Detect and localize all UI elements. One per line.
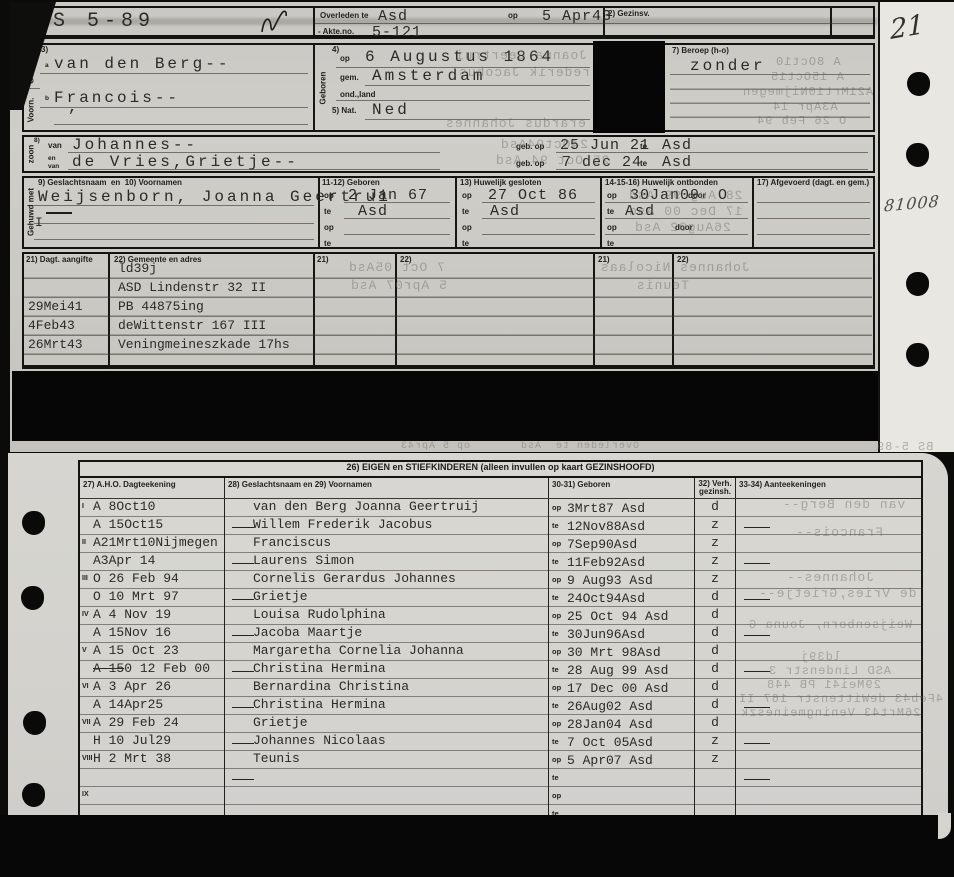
birth-prefix-label: op — [552, 611, 567, 620]
birth-prefix-label: op — [552, 539, 567, 548]
reference-number: BS 5-89 — [36, 10, 155, 33]
father-geb-label: geb. op — [516, 142, 544, 151]
child-name: Louisa Rudolphina — [253, 607, 548, 623]
child-relation: d — [694, 589, 735, 607]
removed-header: 17) Afgevoerd (dagt. en gem.) — [757, 178, 869, 187]
divorce-te2: te — [607, 239, 614, 248]
birth-prefix-label: op — [552, 683, 567, 692]
gezinsv-label: 2) Gezinsv. — [608, 9, 650, 18]
child-row: VII A 29 Feb 24 Grietje op28Jan04 Asd d — [80, 714, 921, 732]
born-rotated-label: Geboren — [319, 72, 328, 105]
child-row: VI A 3 Apr 26 Bernardina Christina op17 … — [80, 678, 921, 696]
child-birthdate: 25 Oct 94 Asd — [567, 609, 668, 624]
scanned-archive-card-page: BS 5-89 Overleden te Asd op 5 Apr43 - Ak… — [0, 0, 954, 877]
top-card: BS 5-89 Overleden te Asd op 5 Apr43 - Ak… — [10, 2, 952, 452]
child-name: Willem Frederik Jacobus — [253, 517, 548, 533]
divorce-op: op — [607, 191, 617, 200]
firstname-rotated-label: Voorn. — [27, 98, 36, 123]
children-table-title: 26) EIGEN en STIEFKINDEREN (alleen invul… — [80, 462, 921, 478]
child-birthdate: 9 Aug93 Asd — [567, 573, 653, 588]
registration-row: 29Mei41 PB 44875ing — [24, 298, 872, 317]
note-dash — [744, 779, 770, 780]
birth-prefix-label: te — [552, 593, 567, 602]
row-roman-numeral: III — [82, 575, 88, 582]
row-roman-numeral: V — [82, 647, 87, 654]
child-name: Cornelis Gerardus Johannes — [253, 571, 548, 587]
birth-prefix-label: te — [552, 773, 567, 782]
child-row: A-150 12 Feb 00 Christina Hermina te28 A… — [80, 660, 921, 678]
child-row: O 10 Mrt 97 Grietje te24Oct94Asd d — [80, 588, 921, 606]
col-geboren: 30-31) Geboren — [548, 478, 694, 498]
birth-prefix-label: op — [552, 755, 567, 764]
child-row: V A 15 Oct 23 Margaretha Cornelia Johann… — [80, 642, 921, 660]
ditto-mark — [232, 707, 254, 708]
punch-hole — [906, 272, 929, 296]
child-row: III O 26 Feb 94 Cornelis Gerardus Johann… — [80, 570, 921, 588]
birth-prefix-label: op — [552, 503, 567, 512]
card-right-margin — [878, 2, 954, 452]
punch-hole — [21, 586, 44, 610]
child-dagteekening: A 15 Oct 23 — [93, 643, 224, 659]
marriage-te2: te — [462, 239, 469, 248]
child-row: A 15Nov 16 Jacoba Maartje te30Jun96Asd d — [80, 624, 921, 642]
child-birthdate: 28 Aug 99 Asd — [567, 663, 668, 678]
birth-prefix-label: op — [552, 791, 567, 800]
children-rows: I A 8Oct10 van den Berg Joanna Geertruij… — [80, 499, 921, 822]
spouse-born-op2: op — [324, 223, 334, 232]
child-row: A3Apr 14 Laurens Simon te11Feb92Asd z — [80, 552, 921, 570]
child-row: I A 8Oct10 van den Berg Joanna Geertruij… — [80, 499, 921, 516]
punch-hole — [23, 711, 46, 735]
child-row: A 15Oct15 Willem Frederik Jacobus te12No… — [80, 516, 921, 534]
child-birthdate: 5 Apr07 Asd — [567, 753, 653, 768]
punch-hole — [906, 143, 929, 167]
child-name: Christina Hermina — [253, 697, 548, 713]
death-date-label: op — [508, 11, 518, 20]
section8-number: 8) — [34, 137, 40, 144]
note-dash — [744, 635, 770, 636]
child-birthdate: 30 Mrt 98Asd — [567, 645, 661, 660]
punch-hole — [22, 511, 45, 535]
row-roman-numeral: VI — [82, 683, 89, 690]
child-name: Laurens Simon — [253, 553, 548, 569]
sub-b-label: b — [45, 95, 49, 102]
akte-label: - Akte.no. — [318, 27, 354, 36]
note-dash — [744, 743, 770, 744]
row-roman-numeral: II — [82, 539, 86, 546]
ditto-mark — [232, 599, 254, 600]
child-relation: d — [694, 679, 735, 697]
children-table: 26) EIGEN en STIEFKINDEREN (alleen invul… — [78, 460, 923, 824]
child-name: Christina Hermina — [253, 661, 548, 677]
ditto-mark — [232, 743, 254, 744]
ditto-mark — [232, 635, 254, 636]
note-dash — [744, 563, 770, 564]
ditto-mark — [232, 779, 254, 780]
child-dagteekening: A 8Oct10 — [93, 499, 224, 515]
row-roman-numeral: VIII — [82, 755, 93, 762]
children-table-header: 27) A.H.O. Dagteekening 28) Geslachtsnaa… — [80, 478, 921, 499]
child-birthdate: 24Oct94Asd — [567, 591, 645, 606]
child-dagteekening: A 29 Feb 24 — [93, 715, 224, 731]
child-relation — [694, 769, 735, 787]
col-aanteekeningen: 33-34) Aanteekeningen — [735, 478, 921, 498]
child-row: H 10 Jul29 Johannes Nicolaas te7 Oct 05A… — [80, 732, 921, 750]
handwritten-page-number: 21 — [890, 9, 925, 46]
child-relation — [694, 787, 735, 805]
birth-prefix-label: te — [552, 557, 567, 566]
row-roman-numeral: IX — [82, 791, 89, 798]
registration-date: 4Feb43 — [28, 318, 75, 333]
child-row: IV A 4 Nov 19 Louisa Rudolphina op25 Oct… — [80, 606, 921, 624]
divorce-door2: door — [675, 223, 693, 232]
son-rotated-label: zoon — [27, 145, 36, 164]
spouse-born-op: op — [324, 191, 334, 200]
spouse-born-te2: te — [324, 239, 331, 248]
child-relation: d — [694, 661, 735, 679]
child-row: A 14Apr25 Christina Hermina te26Aug02 As… — [80, 696, 921, 714]
registration-row: 4Feb43 deWittenstr 167 III — [24, 317, 872, 336]
occupation-header: 7) Beroep (h-o) — [672, 46, 729, 55]
father-van-label: van — [48, 141, 62, 150]
child-dagteekening: A-150 12 Feb 00 — [93, 661, 224, 677]
marriage-te: te — [462, 207, 469, 216]
registration-address: ASD Lindenstr 32 II — [118, 280, 266, 295]
child-dagteekening: A 15Oct15 — [93, 517, 224, 533]
child-relation: z — [694, 517, 735, 535]
child-dagteekening: A 14Apr25 — [93, 697, 224, 713]
father-te-label: te — [640, 142, 647, 151]
child-name: Grietje — [253, 589, 548, 605]
child-dagteekening: H 2 Mrt 38 — [93, 751, 224, 767]
marriage-header: 13) Huwelijk gesloten — [460, 178, 541, 187]
col-dagteekening: 27) A.H.O. Dagteekening — [80, 478, 224, 498]
birth-prefix-label: te — [552, 665, 567, 674]
punch-hole — [906, 343, 929, 367]
child-row: te — [80, 768, 921, 786]
child-dagteekening: A 3 Apr 26 — [93, 679, 224, 695]
registration-date: 26Mrt43 — [28, 337, 83, 352]
row-roman-numeral: I — [82, 503, 84, 510]
child-name: Grietje — [253, 715, 548, 731]
child-birthdate: 26Aug02 Asd — [567, 699, 653, 714]
birth-date: 6 Augustus 1864 — [365, 48, 554, 66]
handwritten-mark — [258, 8, 292, 36]
marriage-op: op — [462, 191, 472, 200]
child-row: II A21Mrt10Nijmegen Franciscus op7Sep90A… — [80, 534, 921, 552]
birth-prefix-label: te — [552, 629, 567, 638]
registration-row: 26Mrt43 Veningmeineszkade 17hs — [24, 336, 872, 355]
nationality-value: Ned — [372, 101, 410, 119]
mother-geb-label: geb. op — [516, 159, 544, 168]
child-relation: z — [694, 733, 735, 751]
birth-prefix-label: op — [552, 719, 567, 728]
child-birthdate: 3Mrt87 Asd — [567, 501, 645, 516]
child-dagteekening: A 4 Nov 19 — [93, 607, 224, 623]
registration-address: deWittenstr 167 III — [118, 318, 266, 333]
child-name: Franciscus — [253, 535, 548, 551]
redaction-box — [593, 41, 665, 133]
child-relation: z — [694, 535, 735, 553]
registration-address: ld39j — [118, 261, 157, 276]
surname-value: van den Berg-- — [54, 55, 230, 73]
bottom-card: 26) EIGEN en STIEFKINDEREN (alleen invul… — [8, 453, 948, 815]
scanner-background — [0, 815, 954, 877]
ditto-mark — [232, 527, 254, 528]
child-relation: z — [694, 553, 735, 571]
child-dagteekening: A 15Nov 16 — [93, 625, 224, 641]
punch-hole — [22, 783, 45, 807]
birth-prefix-label: te — [552, 737, 567, 746]
divorce-op2: op — [607, 223, 617, 232]
child-relation: z — [694, 751, 735, 769]
child-birthdate: 7 Oct 05Asd — [567, 735, 653, 750]
birth-prefix-label: op — [552, 647, 567, 656]
child-dagteekening: A3Apr 14 — [93, 553, 224, 569]
birth-prefix-label: te — [552, 521, 567, 530]
occupation-value: zonder — [690, 57, 766, 75]
birth-country-label: ond.,land — [340, 90, 376, 99]
registration-rows: ld39j ASD Lindenstr 32 II 29Mei41 PB 448… — [24, 260, 872, 355]
marriage-op2: op — [462, 223, 472, 232]
divorce-te: te — [607, 207, 614, 216]
note-dash — [744, 671, 770, 672]
col-verhouding: 32) Verh.gezinsh. — [694, 478, 735, 498]
child-birthdate: 7Sep90Asd — [567, 537, 637, 552]
note-dash — [744, 599, 770, 600]
child-relation: z — [694, 571, 735, 589]
spouse-born-te: te — [324, 207, 331, 216]
col-names: 28) Geslachtsnaam en 29) Voornamen — [224, 478, 548, 498]
child-row: IX op — [80, 786, 921, 804]
child-name: Johannes Nicolaas — [253, 733, 548, 749]
row-roman-numeral: VII — [82, 719, 91, 726]
child-relation: d — [694, 697, 735, 715]
spouse-header: 9) Geslachtsnaam en 10) Voornamen — [38, 178, 182, 187]
child-name: van den Berg Joanna Geertruij — [253, 499, 548, 515]
registration-row: ASD Lindenstr 32 II — [24, 279, 872, 298]
mother-en-label: en — [48, 155, 56, 162]
child-relation: d — [694, 625, 735, 643]
nationality-label: 5) Nat. — [332, 106, 356, 115]
divorce-door: door — [688, 191, 706, 200]
birth-prefix-label: te — [552, 701, 567, 710]
child-relation: d — [694, 715, 735, 733]
child-birthdate: 12Nov88Asd — [567, 519, 645, 534]
birth-date-label: op — [340, 54, 350, 63]
sub-a-label: a — [45, 62, 49, 69]
section4-number: 4) — [332, 45, 339, 54]
child-relation: d — [694, 499, 735, 517]
row-roman-numeral: IV — [82, 611, 89, 618]
child-relation: d — [694, 607, 735, 625]
registration-address: PB 44875ing — [118, 299, 204, 314]
registration-address: Veningmeineszkade 17hs — [118, 337, 290, 352]
child-row: VIII H 2 Mrt 38 Teunis op5 Apr07 Asd z — [80, 750, 921, 768]
spouse-name: Weijsenborn, Joanna Geertrui — [38, 188, 391, 206]
punch-hole — [907, 72, 930, 96]
divorce-header: 14-15-16) Huwelijk ontbonden — [605, 178, 718, 187]
spouse-born-header: 11-12) Geboren — [322, 178, 380, 187]
note-dash — [744, 707, 770, 708]
child-birthdate: 28Jan04 Asd — [567, 717, 653, 732]
child-name: Margaretha Cornelia Johanna — [253, 643, 548, 659]
spouse-dash-mark — [46, 212, 72, 214]
birth-prefix-label: op — [552, 575, 567, 584]
redaction-bar — [12, 371, 878, 441]
child-dagteekening: H 10 Jul29 — [93, 733, 224, 749]
registration-date: 29Mei41 — [28, 299, 83, 314]
child-name: Jacoba Maartje — [253, 625, 548, 641]
mother-te-label: te — [640, 159, 647, 168]
death-place-label: Overleden te — [320, 11, 368, 20]
child-dagteekening: O 10 Mrt 97 — [93, 589, 224, 605]
birth-gem-label: gem. — [340, 73, 359, 82]
child-birthdate: 11Feb92Asd — [567, 555, 645, 570]
mother-van-label: van — [48, 163, 59, 170]
child-birthdate: 30Jun96Asd — [567, 627, 645, 642]
child-dagteekening: O 26 Feb 94 — [93, 571, 224, 587]
child-birthdate: 17 Dec 00 Asd — [567, 681, 668, 696]
child-name: Teunis — [253, 751, 548, 767]
birth-place: Amsterdam — [372, 67, 485, 85]
child-dagteekening: A21Mrt10Nijmegen — [93, 535, 224, 551]
child-name: Bernardina Christina — [253, 679, 548, 695]
child-relation: d — [694, 643, 735, 661]
ditto-mark — [232, 563, 254, 564]
ditto-mark — [232, 671, 254, 672]
registration-row: ld39j — [24, 260, 872, 279]
akte-number: 5-121 — [372, 24, 422, 41]
note-dash — [744, 527, 770, 528]
